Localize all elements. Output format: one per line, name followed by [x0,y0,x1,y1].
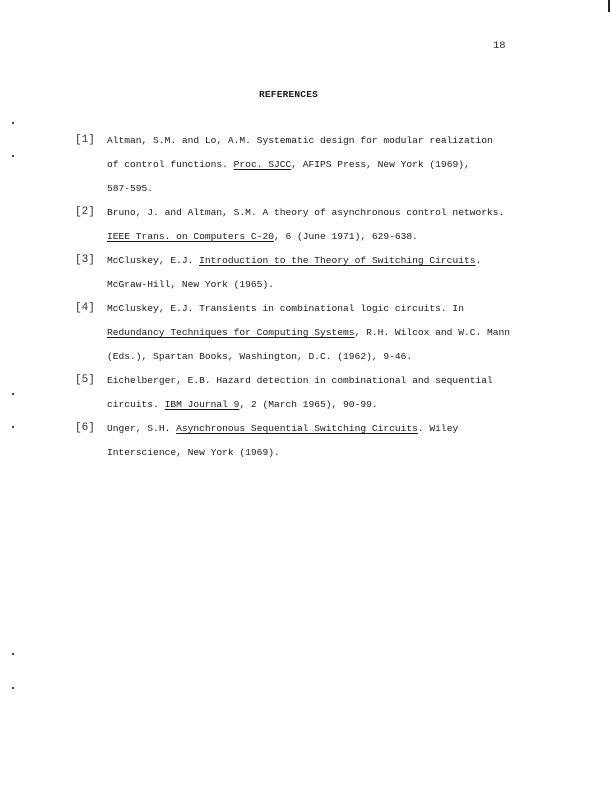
reference-line: IEEE Trans. on Computers C-20, 6 (June 1… [107,231,418,243]
underlined-title: Redundancy Techniques for Computing Syst… [107,327,355,338]
reference-line: Eichelberger, E.B. Hazard detection in c… [107,375,493,387]
reference-number: [4] [75,302,95,314]
reference-number: [5] [75,374,95,386]
reference-line: Interscience, New York (1969). [107,447,280,459]
reference-line: circuits. IBM Journal 9, 2 (March 1965),… [107,399,378,411]
reference-number: [3] [75,254,95,266]
underlined-title: Asynchronous Sequential Switching Circui… [176,423,418,434]
underlined-title: IEEE Trans. on Computers C-20 [107,231,274,242]
reference-line: Altman, S.M. and Lo, A.M. Systematic des… [107,135,493,147]
margin-dot [12,653,14,655]
reference-line: of control functions. Proc. SJCC, AFIPS … [107,159,470,171]
reference-line: Unger, S.H. Asynchronous Sequential Swit… [107,423,458,435]
reference-line: McCluskey, E.J. Transients in combinatio… [107,303,464,315]
scan-edge-mark [608,0,610,12]
margin-dot [12,155,14,157]
reference-number: [2] [75,206,95,218]
underlined-title: Proc. SJCC [234,159,292,170]
margin-dot [12,687,14,689]
reference-line: 587-595. [107,183,153,195]
margin-dot [12,122,14,124]
reference-line: McCluskey, E.J. Introduction to the Theo… [107,255,481,267]
margin-dot [12,393,14,395]
margin-dot [12,426,14,428]
reference-line: McGraw-Hill, New York (1965). [107,279,274,291]
page-title: REFERENCES [259,89,318,100]
underlined-title: IBM Journal 9 [165,399,240,410]
reference-number: [1] [75,134,95,146]
underlined-title: Introduction to the Theory of Switching … [199,255,475,266]
reference-line: (Eds.), Spartan Books, Washington, D.C. … [107,351,412,363]
reference-line: Redundancy Techniques for Computing Syst… [107,327,510,339]
reference-line: Bruno, J. and Altman, S.M. A theory of a… [107,207,504,219]
reference-number: [6] [75,422,95,434]
page-number: 18 [493,40,506,52]
